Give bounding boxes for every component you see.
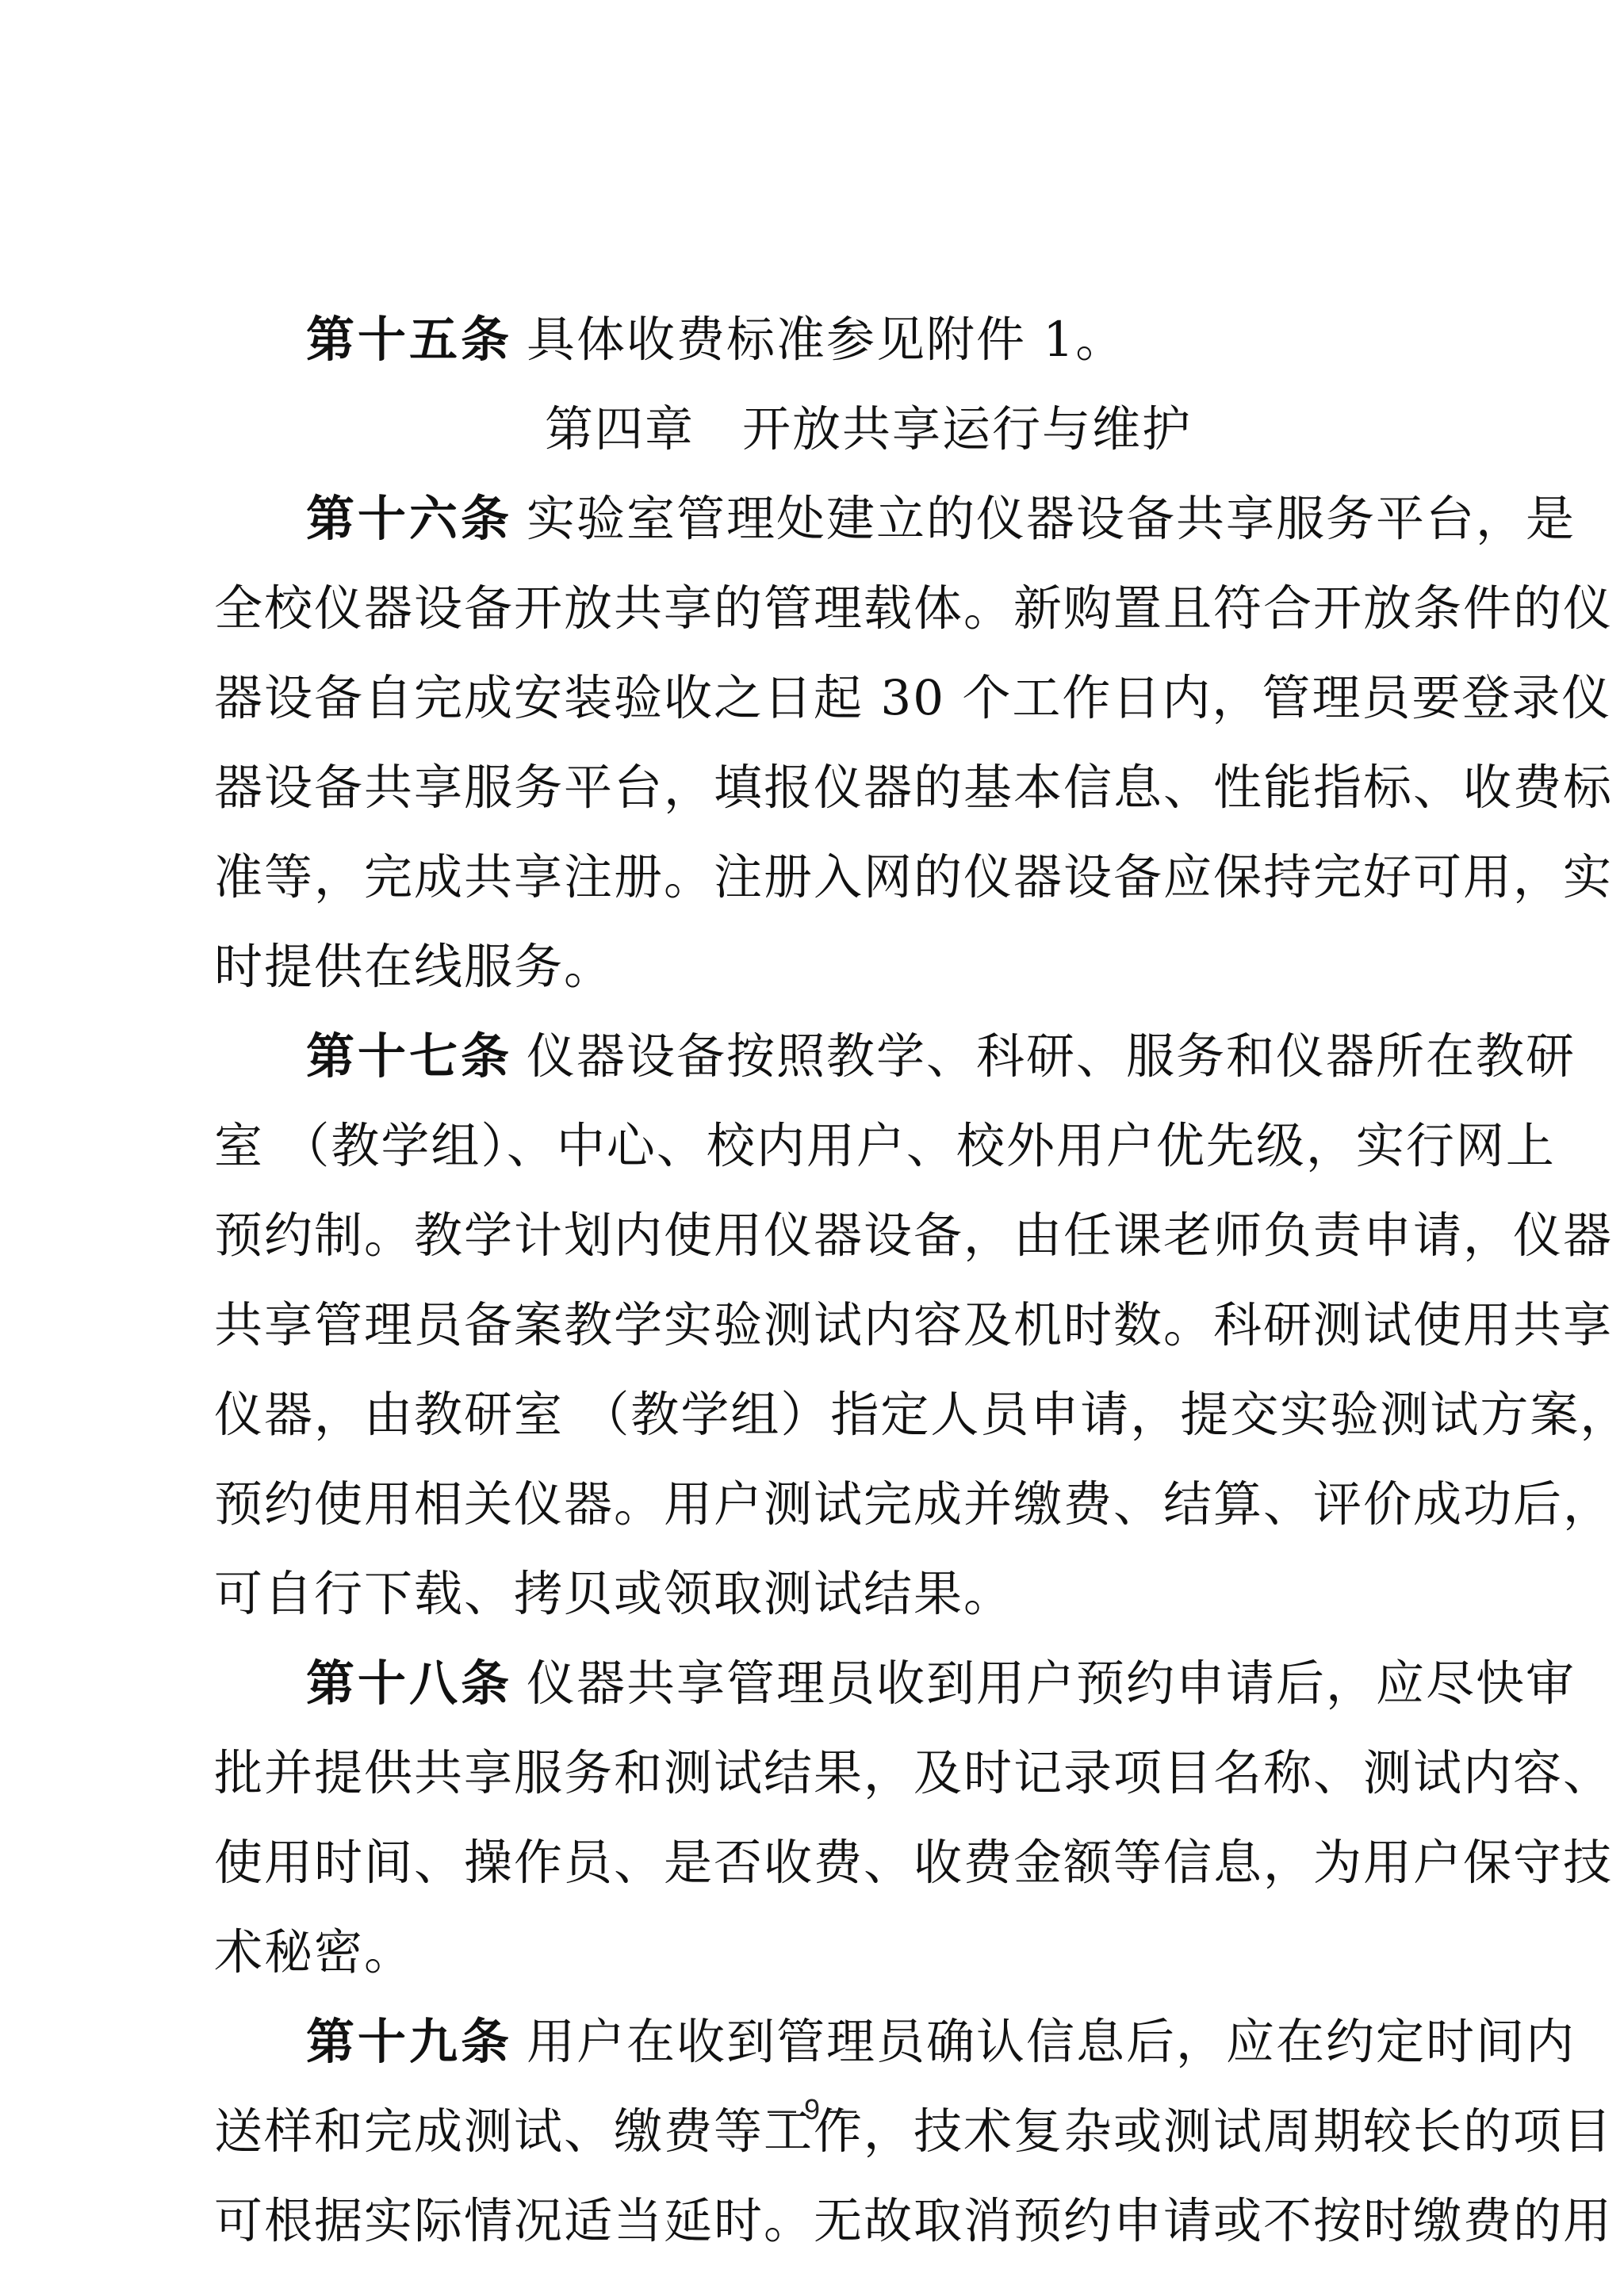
article-18: 第十八条仪器共享管理员收到用户预约申请后，应尽快审 批并提供共享服务和测试结果，… — [214, 1639, 1427, 1997]
article-heading: 第十九条 — [306, 2014, 512, 2070]
document-page: 第十五条具体收费标准参见附件 1。 第四章开放共享运行与维护 第十六条实验室管理… — [214, 295, 1427, 2266]
article-text: 实验室管理处建立的仪器设备共享服务平台，是 — [527, 491, 1576, 547]
article-16: 第十六条实验室管理处建立的仪器设备共享服务平台，是 全校仪器设备开放共享的管理载… — [214, 474, 1427, 1012]
article-text: 仪器共享管理员收到用户预约申请后，应尽快审 — [527, 1655, 1576, 1712]
article-text-line: 可根据实际情况适当延时。无故取消预约申请或不按时缴费的用 — [214, 2176, 1427, 2266]
article-text-line: 预约使用相关仪器。用户测试完成并缴费、结算、评价成功后， — [214, 1460, 1427, 1549]
article-text-line: 使用时间、操作员、是否收费、收费金额等信息，为用户保守技 — [214, 1818, 1427, 1908]
article-text-line: 术秘密。 — [214, 1908, 1427, 1997]
article-heading: 第十七条 — [306, 1028, 512, 1085]
article-heading: 第十五条 — [306, 312, 512, 368]
article-text-line: 批并提供共享服务和测试结果，及时记录项目名称、测试内容、 — [214, 1728, 1427, 1818]
chapter-number: 第四章 — [545, 401, 695, 457]
article-text-line: 室 （教学组）、中心、校内用户、校外用户优先级，实行网上 — [214, 1101, 1427, 1191]
article-heading: 第十八条 — [306, 1655, 512, 1712]
article-text: 具体收费标准参见附件 1。 — [527, 312, 1125, 368]
article-text-line: 器设备自完成安装验收之日起 30 个工作日内，管理员要登录仪 — [214, 653, 1427, 743]
article-17: 第十七条仪器设备按照教学、科研、服务和仪器所在教研 室 （教学组）、中心、校内用… — [214, 1012, 1427, 1639]
article-text-line: 共享管理员备案教学实验测试内容及机时数。科研测试使用共享 — [214, 1280, 1427, 1370]
article-19: 第十九条用户在收到管理员确认信息后，应在约定时间内 送样和完成测试、缴费等工作，… — [214, 1997, 1427, 2266]
chapter-heading: 第四章开放共享运行与维护 — [214, 385, 1427, 474]
article-text-line: 准等，完成共享注册。注册入网的仪器设备应保持完好可用，实 — [214, 832, 1427, 922]
article-heading: 第十六条 — [306, 491, 512, 547]
article-text-line: 器设备共享服务平台，填报仪器的基本信息、性能指标、收费标 — [214, 743, 1427, 832]
article-text-line: 全校仪器设备开放共享的管理载体。新购置且符合开放条件的仪 — [214, 564, 1427, 653]
article-text-line: 仪器，由教研室 （教学组）指定人员申请，提交实验测试方案， — [214, 1370, 1427, 1460]
chapter-title: 开放共享运行与维护 — [742, 401, 1192, 457]
article-text-line: 预约制。教学计划内使用仪器设备，由任课老师负责申请，仪器 — [214, 1191, 1427, 1280]
article-text-line: 可自行下载、拷贝或领取测试结果。 — [214, 1549, 1427, 1639]
article-text: 用户在收到管理员确认信息后，应在约定时间内 — [527, 2014, 1576, 2070]
article-15: 第十五条具体收费标准参见附件 1。 — [214, 295, 1427, 385]
article-text-line: 时提供在线服务。 — [214, 922, 1427, 1012]
article-text: 仪器设备按照教学、科研、服务和仪器所在教研 — [527, 1028, 1576, 1085]
page-number: — 9 — — [0, 2093, 1624, 2126]
